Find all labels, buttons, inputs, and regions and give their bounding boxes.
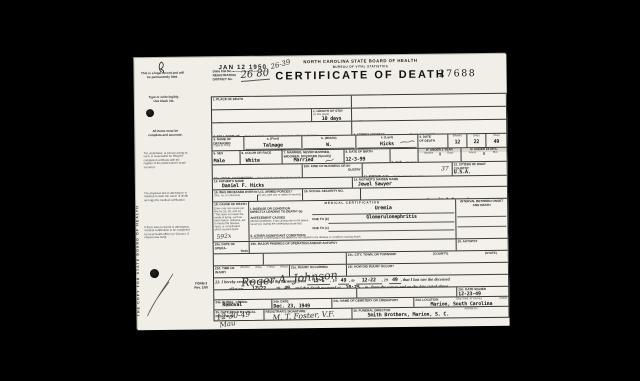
burial-location-state-label: (State) — [499, 298, 507, 302]
injury-time-year: (Year) — [267, 267, 274, 271]
field-injury-city: 21c. CITY, TOWN, OR TOWNSHIP (COUNTY) (S… — [347, 251, 508, 264]
field-death-year: (Year) 49 — [486, 134, 506, 147]
funeral-director-value: Smith Brothers, Marion, S. C. — [367, 311, 507, 318]
field-sex: 5. SEX Male — [212, 151, 240, 164]
field-father: 13. FATHER'S NAME Daniel F. Hicks — [213, 178, 353, 190]
death-certificate-page: This is a legal record and will be perma… — [134, 54, 509, 331]
injury-time-day: (Day) — [255, 267, 262, 271]
operation-findings-label: 19b. MAJOR FINDINGS OF OPERATION AND/OR … — [251, 240, 455, 246]
certify-to-word: , to — [349, 278, 354, 283]
funeral-address-label: ADDRESS — [464, 308, 477, 312]
sex-value: Male — [214, 159, 239, 165]
marital-handwritten-mark — [324, 157, 336, 164]
field-age: 9. AGE (In years last birthday) 50 — [390, 149, 418, 162]
certificate-number: 27688 — [439, 69, 477, 79]
operation-date-label2: TION — [215, 250, 248, 253]
field-injury-how: 21f. HOW DID INJURY OCCUR? — [347, 263, 508, 276]
race-label: 6. COLOR OR RACE — [242, 152, 281, 156]
middle-name-label: b. (Middle) — [303, 137, 354, 141]
armed-forces-note2: (If yes, give war or dates of service) — [259, 194, 302, 197]
interval-line-a — [457, 215, 506, 218]
field-cause-title: 18. CAUSE OF DEATH Enter only one cause … — [213, 202, 249, 241]
certificate-title: CERTIFICATE OF DEATH — [263, 68, 459, 82]
ssn-label: 16. SOCIAL SECURITY NO. — [304, 190, 359, 194]
field-usual-residence: 2. USUAL RESIDENCE (Where deceased lived… — [352, 94, 506, 108]
field-birthplace: 11. BIRTHPLACE (State or foreign country… — [363, 162, 453, 176]
field-registrar-signature: REGISTRAR'S SIGNATURE: M. T. Foster, V.F… — [264, 309, 352, 320]
clip-mark-icon — [154, 60, 168, 74]
registration-district: REGISTRATION DISTRICT No. — [213, 74, 236, 81]
field-length-of-stay: c. LENGTH OF STAY (In this place) 10 day… — [312, 109, 352, 121]
field-marital: 7. MARRIED, NEVER MARRIED, WIDOWED, DIVO… — [282, 150, 344, 164]
field-hospital: d. FULL NAME OF (If not in hospital or i… — [212, 122, 352, 137]
cemetery-label: 24c. NAME OF CEMETERY OR CREMATORY — [333, 299, 412, 304]
field-burial-location: 24d. LOCATION (City, town, or county) (S… — [414, 297, 508, 307]
field-place-of-death: 1. PLACE OF DEATH a. COUNTY Cumberland — [212, 96, 352, 110]
residence-city-label: c. CITY — [353, 119, 364, 120]
date-signed-value: 12-23-49 — [458, 291, 507, 296]
field-occupation: 10a. USUAL OCCUPATION (Give kind of work… — [213, 164, 303, 178]
street-label: d. STREET ADDRESS — [353, 132, 385, 134]
cause-a-value: Uremia — [312, 205, 454, 215]
field-death-month: (Month) 12 — [448, 134, 467, 147]
field-industry: 10b. KIND OF BUSINESS OR IN- DUSTRY — [303, 164, 363, 178]
interval-label: INTERVAL BETWEEN ONSET AND DEATH — [457, 200, 506, 208]
form-number-line2: Rev. 1/50 — [189, 285, 213, 289]
birthplace-label: 11. BIRTHPLACE — [364, 174, 389, 176]
autopsy-label: 20. AUTOPSY — [458, 240, 507, 244]
field-name-title: 3. NAME OF DECEASED (Type or Print) — [212, 137, 244, 150]
field-signature-address: 23b. ADDRESS VA Hospital Fayetteville, N… — [357, 287, 457, 297]
injury-city-label: 21c. CITY, TOWN, OR TOWNSHIP — [348, 253, 397, 257]
field-informant: 17. INFORMANT'S NAME AND ADDRESS Hospita… — [361, 187, 507, 200]
cause-handwritten-code: 592x — [216, 232, 232, 241]
birth-date-value: 12-3-99 — [346, 157, 389, 163]
bottom-handwritten-scribble: Mau — [219, 319, 236, 329]
antecedent-note: Morbid conditions, if any, giving rise t… — [250, 220, 312, 227]
field-interval: INTERVAL BETWEEN ONSET AND DEATH — [456, 199, 507, 239]
field-operation-date: 19a. DATE OF OPERA- TION — [214, 242, 250, 253]
field-race: 6. COLOR OR RACE White — [240, 150, 282, 164]
name-title-note: (Type or Print) — [213, 145, 242, 148]
death-date-title2: OF DEATH — [419, 139, 446, 143]
field-injury-place: 21b. PLACE OF INJURY (e.g., in or about … — [264, 253, 347, 265]
field-first-name: a. (First) Talmage — [244, 136, 302, 150]
field-street-address: d. STREET ADDRESS (If rural, give locati… — [352, 120, 506, 135]
due-b-value: Glomerulonephritis — [329, 214, 455, 224]
first-name-label: a. (First) — [245, 137, 300, 141]
injury-state-label: (STATE) — [485, 252, 497, 256]
scanned-image-background: This is a legal record and will be perma… — [0, 0, 640, 381]
field-death-day: (Day) 22 — [467, 134, 486, 147]
due-c-label: DUE TO (c) — [312, 227, 328, 232]
field-date-signed: 23c. DATE SIGNED 12-23-49 — [457, 287, 508, 297]
margin-note-items: All items must be complete and accurate. — [145, 130, 185, 138]
sex-label: 5. SEX — [214, 152, 239, 156]
field-injury-kind: 21a. ACCIDENT (Specify) SUICIDE HOMICIDE — [214, 254, 264, 266]
field-burial-kind: 24a. BURIAL, CREMA- TION, REMOVAL (Speci… — [214, 300, 272, 310]
age-under1-days: Days — [440, 152, 461, 155]
field-birth-date: 8. DATE OF BIRTH 12-3-99 — [344, 149, 390, 163]
due-b-label: DUE TO (b) — [312, 218, 329, 224]
field-armed-forces: 15. WAS DECEASED EVER IN U.S. ARMED FORC… — [213, 189, 303, 201]
place-city-label: b. CITY — [213, 121, 224, 122]
injury-time-hour: (Hour) — [280, 266, 288, 270]
certify-part2: , that I last saw the deceased — [401, 276, 450, 282]
age-label: 9. AGE — [392, 160, 402, 162]
birthplace-handwritten-code: 37 — [441, 165, 449, 172]
certificate-form: State File No. JAN 12 1950 26-39 REGISTR… — [210, 54, 509, 330]
citizen-value: U.S.A. — [454, 170, 504, 176]
first-name-value: Talmage — [245, 143, 300, 150]
hole-punch-top — [146, 109, 154, 117]
due-c-blank — [329, 225, 455, 232]
age-under24-hours: Hours — [462, 152, 485, 155]
field-medical-certification: MEDICAL CERTIFICATION I. DISEASE OR COND… — [249, 199, 456, 241]
field-funeral-director: 26. FUNERAL DIRECTOR ADDRESS Smith Broth… — [352, 307, 508, 319]
death-year-label: (Year) — [487, 135, 505, 138]
race-value: White — [246, 158, 281, 164]
field-age-under-24h: IF UNDER 24 HRS. Hours Min. — [461, 148, 506, 162]
death-day-value: 22 — [468, 140, 484, 146]
field-middle-name: b. (Middle) W. — [302, 136, 356, 150]
field-age-under-1yr: IF UNDER 1 YEAR Months Days — [418, 148, 461, 162]
registration-district-value: 26 80 — [240, 68, 270, 82]
birth-date-label: 8. DATE OF BIRTH — [345, 150, 388, 154]
form-number: FORM 3 Rev. 1/50 — [189, 281, 213, 290]
injury-how-label: 21f. HOW DID INJURY OCCUR? — [348, 264, 507, 269]
field-ssn: 16. SOCIAL SECURITY NO. — [303, 189, 361, 201]
hospital-label: d. FULL NAME OF — [213, 134, 240, 136]
injury-time-month: (Month) — [240, 267, 249, 271]
field-death-date-title: 4. DATE OF DEATH — [418, 134, 448, 147]
field-autopsy: 20. AUTOPSY YES NO X — [457, 239, 508, 251]
armed-forces-note1: (Yes, no, or unknown) — [214, 194, 257, 197]
injury-county-label: (COUNTY) — [433, 252, 448, 256]
cause-a-label2: DIRECTLY LEADING TO DEATH* (a) — [250, 210, 312, 214]
field-signature: 23a. SIGNATURE: MD (Degree or title) W.H… — [214, 289, 357, 300]
death-month-value: 12 — [449, 140, 465, 146]
row-cause-of-death: 18. CAUSE OF DEATH Enter only one cause … — [213, 199, 507, 243]
field-residence-city: c. CITY (If outside corporate limits, wr… — [352, 107, 506, 121]
stay-value: 10 days — [313, 116, 350, 121]
last-name-handwritten-mark — [399, 139, 415, 145]
industry-label2: DUSTRY — [304, 168, 361, 172]
certify-19b: , 19 — [382, 277, 388, 282]
margin-note-physician: The physician last in attendance is requ… — [144, 192, 190, 203]
registration-label-line2: DISTRICT No. — [213, 78, 236, 82]
burial-date-value: Dec. 23, 1949 — [273, 303, 330, 308]
field-date-received: 25. DATE REC'D BY LOCAL REGISTRAR 12-30-… — [214, 310, 264, 321]
cause-note2: *This does not mean the mode of dying, s… — [214, 214, 247, 232]
burial-kind-value: Removal — [222, 303, 242, 309]
death-month-label: (Month) — [449, 135, 465, 138]
margin-note-type: Type or write legibly. Use black ink. — [147, 96, 181, 104]
interval-line-b — [457, 225, 506, 228]
middle-name-value: W. — [303, 142, 354, 149]
field-cemetery: 24c. NAME OF CEMETERY OR CREMATORY — [332, 298, 414, 308]
margin-handwritten-scribble — [139, 270, 180, 320]
death-day-label: (Day) — [468, 135, 484, 138]
field-mother: 14. MOTHER'S MAIDEN NAME Jewel Sawyer — [353, 176, 507, 188]
death-year-value: 49 — [487, 140, 505, 146]
field-last-name: c. (Last) Hicks — [356, 135, 418, 149]
field-citizen: 12. CITIZEN OF WHAT COUNTRY U.S.A. — [453, 162, 505, 176]
age-under1-months: Months — [419, 152, 441, 155]
field-place-city: b. CITY (If outside corporate limits, wr… — [212, 109, 312, 122]
field-burial-date: 24b. DATE Dec. 23, 1949 — [272, 299, 332, 309]
margin-note-no-doctor: If there was no doctor in attendance, me… — [144, 226, 190, 240]
margin-note-undertaker: The undertaker, or person acting as such… — [144, 152, 190, 170]
age-under24-min: Min. — [485, 151, 507, 154]
